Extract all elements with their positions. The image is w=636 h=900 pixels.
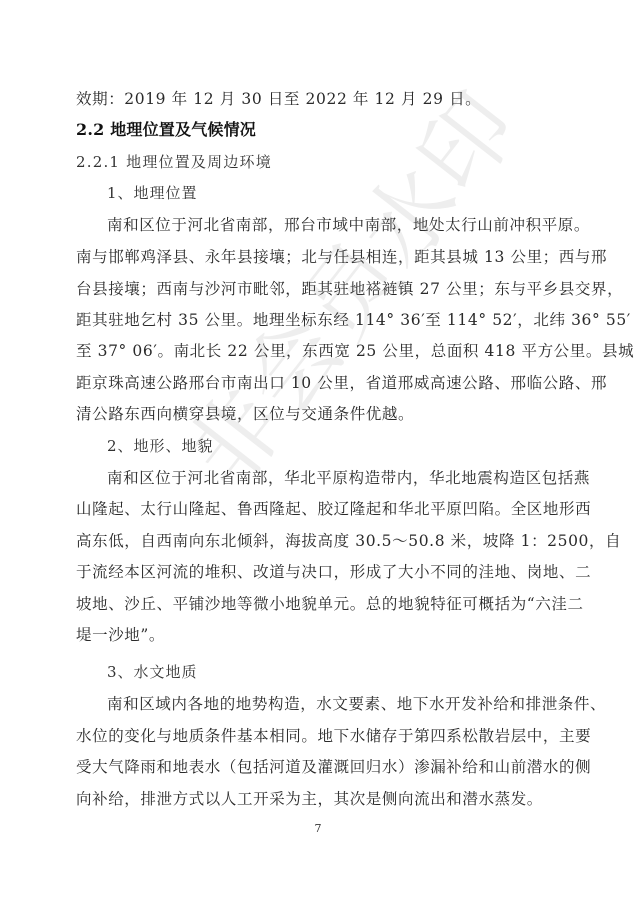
item-heading-terrain-landform: 2、地形、地貌 <box>107 436 562 456</box>
paragraph-line: 清公路东西向横穿县境，区位与交通条件优越。 <box>76 404 562 424</box>
paragraph-line: 南和区位于河北省南部，邢台市域中南部，地处太行山前冲积平原。 <box>107 215 562 235</box>
paragraph-line: 距京珠高速公路邢台市南出口 10 公里，省道邢威高速公路、邢临公路、邢 <box>76 373 562 393</box>
paragraph-line: 至 37° 06′。南北长 22 公里，东西宽 25 公里，总面积 418 平方… <box>76 341 562 361</box>
paragraph-line: 向补给，排泄方式以人工开采为主，其次是侧向流出和潜水蒸发。 <box>76 789 562 809</box>
paragraph-line: 台县接壤；西南与沙河市毗邻，距其驻地褡裢镇 27 公里；东与平乡县交界， <box>76 279 562 299</box>
paragraph-line: 堤一沙地”。 <box>76 625 562 645</box>
subsection-heading-2-2-1: 2.2.1 地理位置及周边环境 <box>76 152 562 172</box>
paragraph-line: 山隆起、太行山隆起、鲁西隆起、胶辽隆起和华北平原凹陷。全区地形西 <box>76 499 562 519</box>
paragraph-line: 南与邯郸鸡泽县、永年县接壤；北与任县相连，距其县城 13 公里；西与邢 <box>76 247 562 267</box>
paragraph-line: 距其驻地乞村 35 公里。地理坐标东经 114° 36′至 114° 52′，北… <box>76 310 562 330</box>
paragraph-line: 于流经本区河流的堆积、改道与决口，形成了大小不同的洼地、岗地、二 <box>76 562 562 582</box>
item-heading-hydrogeology: 3、水文地质 <box>107 662 562 682</box>
paragraph-line: 坡地、沙丘、平铺沙地等微小地貌单元。总的地貌特征可概括为“六洼二 <box>76 594 562 614</box>
paragraph-line: 南和区位于河北省南部，华北平原构造带内，华北地震构造区包括燕 <box>107 468 562 488</box>
paragraph-line: 南和区域内各地的地势构造，水文要素、地下水开发补给和排泄条件、 <box>107 694 562 714</box>
validity-period-line: 效期：2019 年 12 月 30 日至 2022 年 12 月 29 日。 <box>76 89 562 109</box>
section-heading-2-2: 2.2 地理位置及气候情况 <box>76 120 562 140</box>
item-heading-geographic-location: 1、地理位置 <box>107 183 562 203</box>
paragraph-line: 受大气降雨和地表水（包括河道及灌溉回归水）渗漏补给和山前潜水的侧 <box>76 757 562 777</box>
paragraph-line: 高东低，自西南向东北倾斜，海拔高度 30.5～50.8 米，坡降 1：2500，… <box>76 531 562 551</box>
paragraph-line: 水位的变化与地质条件基本相同。地下水储存于第四系松散岩层中，主要 <box>76 726 562 746</box>
page-number: 7 <box>0 822 636 835</box>
document-page: 效期：2019 年 12 月 30 日至 2022 年 12 月 29 日。 2… <box>0 0 636 900</box>
